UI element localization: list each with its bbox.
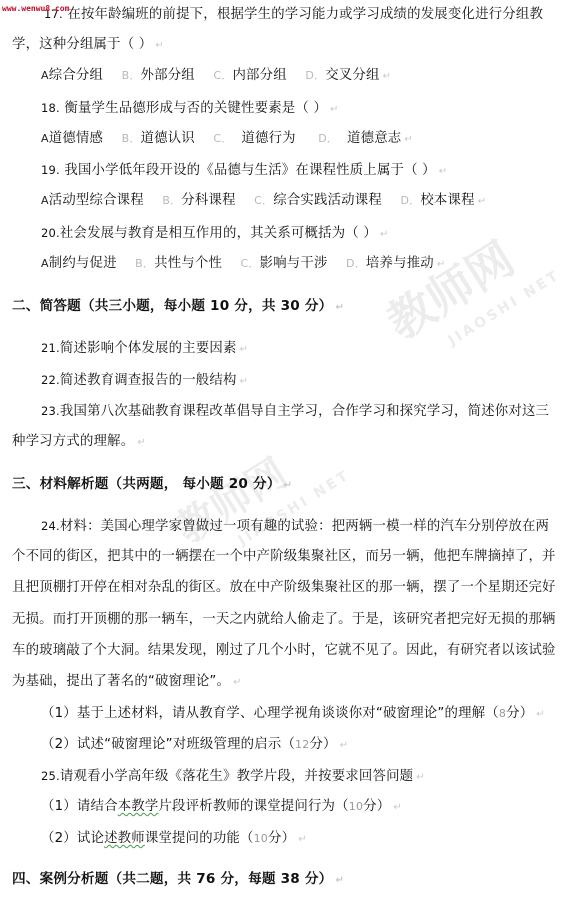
option-letter: B．: [122, 132, 141, 145]
paragraph-mark-icon: ↵: [137, 437, 146, 448]
option-letter: B．: [135, 257, 154, 270]
exam-page: 教师网 教师网 JIAOSHI NET JIAOSHI NET www.wenw…: [0, 0, 578, 904]
section-heading-text: 三、材料解析题（共两题， 每小题 20 分）: [12, 476, 281, 492]
option-text: 共性与个性: [154, 256, 222, 271]
sub-label: （2）: [41, 737, 77, 752]
option-text: 内部分组: [232, 68, 286, 83]
option-text: 影响与干涉: [260, 256, 328, 271]
question-text: 衡量学生品德形成与否的关键性要素是（ ）: [64, 101, 327, 116]
material-text: 为基础，提出了著名的“破窗理论”。: [12, 674, 230, 689]
question-number: 20.: [41, 226, 60, 240]
option-c: C． 道德行为: [213, 129, 295, 149]
paragraph-mark-icon: ↵: [393, 802, 402, 813]
question-text: 种学习方式的理解。: [12, 434, 134, 449]
paragraph-mark-icon: ↵: [478, 196, 487, 207]
paragraph-mark-icon: ↵: [380, 229, 389, 240]
option-letter: A: [41, 69, 49, 82]
option-a: A综合分组: [41, 66, 103, 86]
paragraph-mark-icon: ↵: [439, 166, 448, 177]
background-watermark: 教师网: [373, 223, 525, 352]
paragraph-mark-icon: ↵: [330, 104, 339, 115]
option-text: 校本课程: [420, 193, 474, 208]
score-unit: 分）: [506, 706, 533, 721]
question-24-line1: 24.材料：美国心理学家曾做过一项有趣的试验：把两辆一模一样的汽车分别停放在两: [41, 516, 549, 537]
sub-text: 课堂提问的功能（: [145, 831, 254, 846]
question-19: 19. 我国小学低年段开设的《品德与生活》在课程性质上属于（ ）↵: [41, 160, 447, 182]
question-number: 19.: [41, 163, 60, 177]
option-letter: A: [41, 257, 49, 270]
question-24-line5: 车的玻璃敲了个大洞。结果发现，刚过了几个小时，它就不见了。因此，有研究者以该试验: [12, 641, 556, 661]
section-heading-text: 四、案例分析题（共二题，共 76 分，每题 38 分）: [12, 871, 332, 887]
option-letter: D．: [318, 132, 338, 145]
spellcheck-underline: 述教师: [104, 831, 145, 846]
score-unit: 分）: [363, 799, 390, 814]
option-letter: C．: [213, 132, 232, 145]
question-24-line4: 无损。而打开顶棚的那一辆车，一天之内就给人偷走了。于是，该研究者把完好无损的那辆: [12, 610, 556, 630]
option-text: 外部分组: [141, 68, 195, 83]
option-text: 道德行为: [241, 131, 295, 146]
option-text: 分科课程: [181, 193, 235, 208]
option-d: D．交叉分组↵: [305, 66, 391, 87]
material-text: 无损。而打开顶棚的那一辆车，一天之内就给人偷走了。于是，该研究者把完好无损的那辆: [12, 612, 556, 627]
question-25-sub2: （2）试论述教师课堂提问的功能（10分）↵: [41, 829, 307, 850]
paragraph-mark-icon: ↵: [536, 709, 545, 720]
paragraph-mark-icon: ↵: [233, 677, 242, 688]
question-text: 简述教育调查报告的一般结构: [60, 373, 237, 388]
option-a: A制约与促进: [41, 254, 117, 274]
question-25: 25.请观看小学高年级《落花生》教学片段，并按要求回答问题↵: [41, 766, 425, 788]
question-24-line6: 为基础，提出了著名的“破窗理论”。↵: [12, 672, 242, 693]
paragraph-mark-icon: ↵: [404, 134, 413, 145]
option-d: D．校本课程↵: [400, 191, 486, 212]
question-number: 24.: [41, 519, 60, 533]
spellcheck-underline: 本教学: [118, 799, 159, 814]
section-2-heading: 二、简答题（共三小题，每小题 10 分，共 30 分）↵: [12, 296, 344, 318]
option-text: 活动型综合课程: [49, 193, 144, 208]
material-text: 车的玻璃敲了个大洞。结果发现，刚过了几个小时，它就不见了。因此，有研究者以该试验: [12, 643, 556, 658]
question-18: 18. 衡量学生品德形成与否的关键性要素是（ ）↵: [41, 98, 339, 120]
question-text: 学，这种分组属于（ ）: [12, 37, 152, 52]
option-d: D．培养与推动↵: [346, 254, 445, 275]
option-letter: C．: [241, 257, 260, 270]
paragraph-mark-icon: ↵: [437, 259, 446, 270]
paragraph-mark-icon: ↵: [240, 344, 249, 355]
option-letter: A: [41, 132, 49, 145]
question-number: 25.: [41, 769, 60, 783]
option-c: C．内部分组: [213, 66, 286, 86]
section-heading-text: 二、简答题（共三小题，每小题 10 分，共 30 分）: [12, 298, 332, 314]
question-24-sub1: （1）基于上述材料，请从教育学、心理学视角谈谈你对“破窗理论”的理解（8分）↵: [41, 704, 545, 725]
option-b: B．道德认识: [122, 129, 195, 149]
sub-text: 请结合: [77, 799, 118, 814]
background-watermark-latin: JIAOSHI NET: [446, 267, 564, 349]
paragraph-mark-icon: ↵: [284, 480, 293, 491]
option-letter: C．: [213, 69, 232, 82]
question-text: 在按年龄编班的前提下，根据学生的学习能力或学习成绩的发展变化进行分组教: [67, 7, 543, 22]
option-letter: D．: [400, 194, 420, 207]
option-d: D． 道德意志↵: [318, 129, 413, 150]
option-b: B．共性与个性: [135, 254, 222, 274]
option-text: 制约与促进: [49, 256, 117, 271]
question-22: 22.简述教育调查报告的一般结构↵: [41, 370, 248, 392]
question-24-line3: 且把顶棚打开停在相对杂乱的街区。放在中产阶级集聚社区的那一辆，摆了一个星期还完好: [12, 578, 556, 598]
score-value: 10: [349, 800, 363, 813]
material-text: 材料：美国心理学家曾做过一项有趣的试验：把两辆一模一样的汽车分别停放在两: [60, 519, 549, 534]
question-text: 请观看小学高年级《落花生》教学片段，并按要求回答问题: [60, 769, 413, 784]
question-25-sub1: （1）请结合本教学片段评析教师的课堂提问行为（10分）↵: [41, 797, 402, 818]
sub-label: （1）: [41, 706, 77, 721]
sub-text: 基于上述材料，请从教育学、心理学视角谈谈你对“破窗理论”的理解（: [77, 706, 499, 721]
option-a: A活动型综合课程: [41, 191, 144, 211]
question-23-line2: 种学习方式的理解。↵: [12, 432, 146, 453]
sub-text: 试述“破窗理论”对班级管理的启示（: [77, 737, 295, 752]
sub-label: （2）: [41, 831, 77, 846]
question-20-options: A制约与促进 B．共性与个性 C．影响与干涉 D．培养与推动↵: [41, 254, 459, 275]
option-letter: D．: [346, 257, 366, 270]
material-text: 个不同的街区，把其中的一辆摆在一个中产阶级集聚社区，而另一辆，他把车牌摘掉了，并: [12, 549, 556, 564]
question-19-options: A活动型综合课程 B．分科课程 C．综合实践活动课程 D．校本课程↵: [41, 191, 500, 212]
question-20: 20.社会发展与教育是相互作用的，其关系可概括为（ ）↵: [41, 223, 389, 245]
option-letter: D．: [305, 69, 325, 82]
option-text: 道德意志: [347, 131, 401, 146]
question-number: 23.: [41, 404, 60, 418]
question-23-line1: 23.我国第八次基础教育课程改革倡导自主学习，合作学习和探究学习，简述你对这三: [41, 401, 549, 422]
score-unit: 分）: [309, 737, 336, 752]
paragraph-mark-icon: ↵: [335, 302, 344, 313]
section-3-heading: 三、材料解析题（共两题， 每小题 20 分）↵: [12, 474, 292, 496]
question-text: 简述影响个体发展的主要因素: [60, 341, 237, 356]
score-value: 12: [295, 738, 309, 751]
paragraph-mark-icon: ↵: [340, 740, 349, 751]
question-18-options: A道德情感 B．道德认识 C． 道德行为 D． 道德意志↵: [41, 129, 427, 150]
section-4-heading: 四、案例分析题（共二题，共 76 分，每题 38 分）↵: [12, 869, 344, 891]
question-17-line2: 学，这种分组属于（ ）↵: [12, 35, 164, 56]
score-value: 10: [254, 832, 268, 845]
question-number: 21.: [41, 341, 60, 355]
question-17-line1: 17. 在按年龄编班的前提下，根据学生的学习能力或学习成绩的发展变化进行分组教: [44, 4, 543, 25]
paragraph-mark-icon: ↵: [335, 875, 344, 886]
score-unit: 分）: [268, 831, 295, 846]
option-text: 综合分组: [49, 68, 103, 83]
question-text: 我国第八次基础教育课程改革倡导自主学习，合作学习和探究学习，简述你对这三: [60, 404, 549, 419]
option-letter: B．: [162, 194, 181, 207]
question-17-options: A综合分组 B．外部分组 C．内部分组 D．交叉分组↵: [41, 66, 405, 87]
option-text: 道德情感: [49, 131, 103, 146]
question-24-sub2: （2）试述“破窗理论”对班级管理的启示（12分）↵: [41, 735, 348, 756]
option-c: C．影响与干涉: [241, 254, 328, 274]
question-21: 21.简述影响个体发展的主要因素↵: [41, 338, 248, 360]
question-text: 社会发展与教育是相互作用的，其关系可概括为（ ）: [60, 226, 377, 241]
question-text: 我国小学低年段开设的《品德与生活》在课程性质上属于（ ）: [64, 163, 435, 178]
sub-label: （1）: [41, 799, 77, 814]
question-number: 22.: [41, 373, 60, 387]
option-text: 交叉分组: [325, 68, 379, 83]
sub-text: 试论: [77, 831, 104, 846]
paragraph-mark-icon: ↵: [416, 772, 425, 783]
paragraph-mark-icon: ↵: [298, 834, 307, 845]
material-text: 且把顶棚打开停在相对杂乱的街区。放在中产阶级集聚社区的那一辆，摆了一个星期还完好: [12, 580, 556, 595]
option-text: 综合实践活动课程: [273, 193, 382, 208]
option-letter: C．: [254, 194, 273, 207]
question-24-line2: 个不同的街区，把其中的一辆摆在一个中产阶级集聚社区，而另一辆，他把车牌摘掉了，并: [12, 547, 556, 567]
background-watermark: 教师网: [164, 443, 296, 555]
paragraph-mark-icon: ↵: [383, 71, 392, 82]
paragraph-mark-icon: ↵: [155, 40, 164, 51]
option-letter: A: [41, 194, 49, 207]
question-number: 18.: [41, 101, 60, 115]
paragraph-mark-icon: ↵: [240, 376, 249, 387]
option-text: 道德认识: [141, 131, 195, 146]
sub-text: 片段评析教师的课堂提问行为（: [158, 799, 348, 814]
option-a: A道德情感: [41, 129, 103, 149]
option-text: 培养与推动: [366, 256, 434, 271]
option-letter: B．: [122, 69, 141, 82]
option-b: B．外部分组: [122, 66, 195, 86]
site-url-watermark: www.wenwu8.com: [2, 4, 69, 13]
option-c: C．综合实践活动课程: [254, 191, 382, 211]
option-b: B．分科课程: [162, 191, 235, 211]
